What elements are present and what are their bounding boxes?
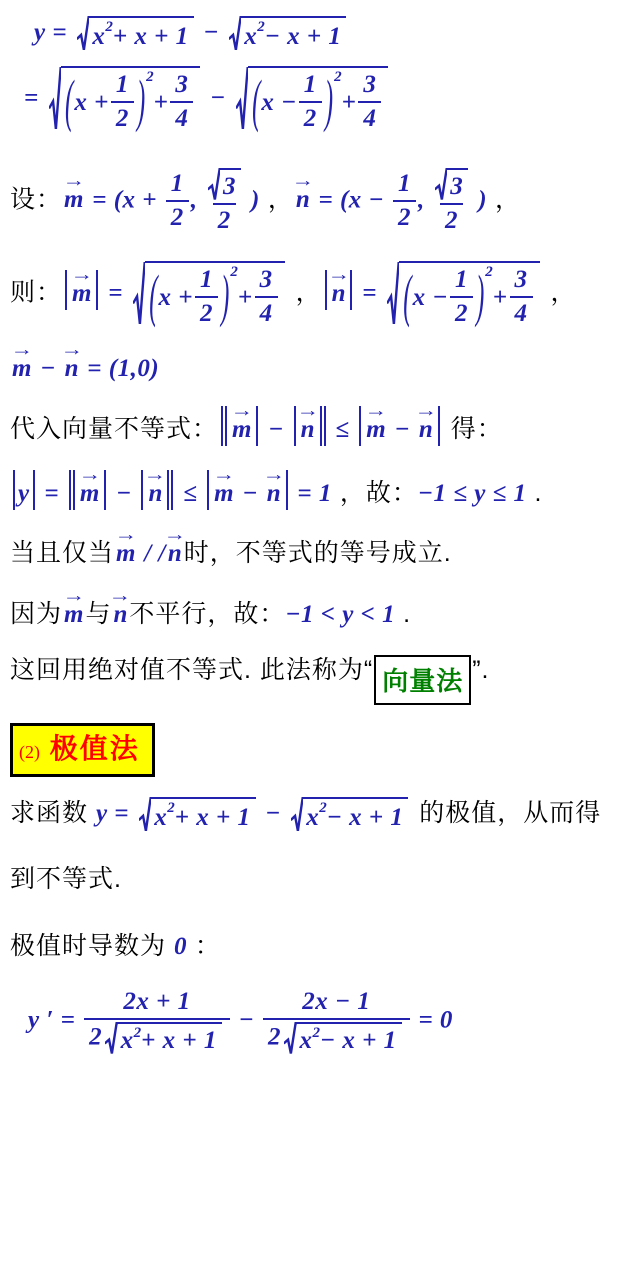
- math-text: x: [154, 802, 167, 833]
- math-text: −: [33, 355, 62, 382]
- math-text: ,: [191, 186, 198, 213]
- math-text: 3: [515, 266, 528, 293]
- square-root: x2 − x + 1: [229, 16, 347, 52]
- math-text: y ′ =: [28, 1006, 82, 1033]
- vector: →n: [301, 412, 315, 445]
- vector-letter: m: [116, 540, 135, 567]
- radicand: x2 − x + 1: [303, 797, 408, 833]
- vector: →n: [419, 412, 433, 445]
- radicand: x2 + x + 1: [151, 797, 255, 833]
- math-text: ≤: [176, 480, 204, 507]
- numerator: 3: [427, 168, 477, 203]
- superscript: 2: [319, 801, 327, 816]
- cjk-text: 当且仅当: [10, 539, 114, 567]
- math-text: −: [261, 416, 290, 443]
- math-text: y: [18, 480, 30, 507]
- paren-group: (x + 12): [148, 266, 230, 329]
- math-text: =: [38, 480, 66, 507]
- numerator: 1: [166, 170, 189, 200]
- math-text: = (1,0): [81, 355, 160, 382]
- left-paren: (: [402, 261, 412, 334]
- fraction: 12: [393, 170, 416, 233]
- radicand: x2 + x + 1: [118, 1022, 222, 1056]
- math-text: 2: [218, 207, 231, 234]
- cjk-text: 到不等式.: [10, 865, 122, 893]
- vector: →m: [12, 351, 31, 384]
- vector-arrow-icon: →: [415, 401, 438, 419]
- square-root: (x − 12)2 + 34: [236, 66, 389, 134]
- cjk-text: 因为: [10, 600, 62, 628]
- vector-letter: n: [296, 186, 310, 213]
- denominator: 2x2 − x + 1: [263, 1018, 410, 1056]
- abs-bar: [256, 406, 258, 446]
- math-text: 2: [304, 105, 317, 132]
- math-text: 3: [363, 71, 376, 98]
- cjk-text: ：: [187, 932, 221, 960]
- superscript: 2: [167, 801, 175, 816]
- right-paren: ): [136, 66, 146, 139]
- right-paren: ): [220, 261, 230, 334]
- math-text: ): [478, 186, 487, 213]
- radical-icon: [49, 66, 62, 134]
- vector-letter: n: [148, 480, 162, 507]
- fraction: 2x + 12x2 + x + 1: [84, 988, 230, 1056]
- line-to-inequality: 到不等式.: [10, 864, 636, 895]
- numerator: 3: [170, 71, 193, 101]
- abs-bar: [65, 270, 67, 310]
- superscript: 2: [105, 20, 113, 35]
- math-text: + x + 1: [113, 21, 189, 52]
- fraction: 12: [450, 266, 473, 329]
- fraction: 32: [427, 168, 477, 236]
- math-text: 4: [515, 300, 528, 327]
- math-text: y =: [96, 800, 136, 827]
- math-text: 2: [268, 1023, 281, 1050]
- radicand: (x + 12)2 + 34: [145, 261, 284, 329]
- math-text: 0: [174, 933, 187, 960]
- vector: →m: [214, 476, 233, 509]
- math-text: 4: [363, 105, 376, 132]
- left-paren: (: [64, 66, 74, 139]
- vector-arrow-icon: →: [114, 525, 137, 543]
- vector: →n: [332, 276, 346, 309]
- paren-group: (x − 12): [251, 71, 334, 134]
- cjk-text: 这回用绝对值不等式. 此法称为“: [10, 656, 373, 684]
- vector-arrow-icon: →: [213, 465, 236, 483]
- heading-text: 极值法: [40, 733, 140, 764]
- fraction: 12: [111, 71, 134, 134]
- paren-content: x − 12: [413, 266, 475, 329]
- radical-icon: [435, 168, 448, 202]
- math-text: x: [306, 802, 319, 833]
- numerator: 1: [111, 71, 134, 101]
- denominator: 2: [393, 200, 416, 233]
- math-text: −: [197, 19, 226, 46]
- cjk-text: 与: [85, 600, 111, 628]
- line-define-vectors: 设：→m = (x + 12,32) ，→n = (x − 12,32) ，: [10, 168, 636, 236]
- heading-text: (2): [19, 742, 40, 762]
- right-paren: ): [324, 66, 334, 139]
- numerator: 2x − 1: [297, 988, 375, 1018]
- cjk-text: ，故：: [332, 479, 418, 507]
- vector-letter: m: [72, 280, 91, 307]
- denominator: 2: [440, 203, 463, 236]
- abs-bar: [286, 470, 288, 510]
- abs-bar: [294, 406, 296, 446]
- cjk-text: 得：: [443, 415, 503, 443]
- math-text: x: [92, 21, 105, 52]
- math-text: 2x − 1: [302, 988, 370, 1015]
- math-text: / /: [137, 540, 165, 567]
- denominator: 2x2 + x + 1: [84, 1018, 230, 1056]
- vector-letter: m: [214, 480, 233, 507]
- cjk-text: ，: [260, 185, 294, 213]
- abs-bar: [207, 470, 209, 510]
- math-text: 4: [175, 105, 188, 132]
- math-text: − x + 1: [265, 21, 342, 52]
- radical-icon: [229, 16, 242, 52]
- radical-icon: [105, 1022, 118, 1056]
- cjk-text: ”.: [472, 656, 489, 684]
- superscript: 2: [257, 20, 265, 35]
- cjk-text: 代入向量不等式：: [10, 415, 218, 443]
- vector-arrow-icon: →: [62, 171, 85, 189]
- math-text: =: [24, 85, 46, 112]
- math-text: 1: [171, 170, 184, 197]
- math-text: x: [300, 1027, 313, 1056]
- vector: →m: [232, 412, 251, 445]
- paren-content: x + 12: [74, 71, 136, 134]
- math-text: = (x +: [85, 186, 163, 213]
- boxed-method-term: 向量法: [374, 655, 471, 706]
- vector: →m: [366, 412, 385, 445]
- abs-bar: [33, 470, 35, 510]
- vector-letter: m: [64, 186, 83, 213]
- square-root: 3: [435, 168, 469, 202]
- cjk-text: 求函数: [10, 799, 96, 827]
- vector-arrow-icon: →: [70, 265, 93, 283]
- line-strict-inequality: 因为→m与→n不平行，故：−1 < y < 1 .: [10, 597, 636, 630]
- square-root: x2 + x + 1: [139, 797, 256, 833]
- square-root: (x + 12)2 + 34: [49, 66, 201, 134]
- math-text: 2: [116, 105, 129, 132]
- abs-bar: [438, 406, 440, 446]
- denominator: 2: [195, 296, 218, 329]
- radicand: x2 − x + 1: [241, 16, 346, 52]
- vector-arrow-icon: →: [292, 171, 315, 189]
- math-text: y =: [34, 19, 74, 46]
- vector-letter: n: [332, 280, 346, 307]
- vector-arrow-icon: →: [365, 401, 388, 419]
- fraction: 34: [170, 71, 193, 134]
- radicand: (x + 12)2 + 34: [61, 66, 200, 134]
- abs-bar: [13, 470, 15, 510]
- denominator: 2: [111, 101, 134, 134]
- math-text: ≤: [329, 416, 357, 443]
- line-method-name: 这回用绝对值不等式. 此法称为“向量法”.: [10, 655, 636, 706]
- radical-icon: [291, 797, 304, 833]
- formula-derivative: y ′ = 2x + 12x2 + x + 1 − 2x − 12x2 − x …: [28, 988, 636, 1056]
- math-text: =: [355, 280, 383, 307]
- math-text: 2: [89, 1023, 102, 1050]
- math-text: − x + 1: [327, 802, 404, 833]
- vector-letter: m: [232, 416, 251, 443]
- superscript: 2: [146, 70, 154, 85]
- fraction: 12: [195, 266, 218, 329]
- vector: →m: [116, 536, 135, 569]
- line-equality-condition: 当且仅当→m / /→n时，不等式的等号成立.: [10, 536, 636, 569]
- cjk-text: ，: [543, 279, 577, 307]
- math-text: + x + 1: [141, 1027, 217, 1056]
- math-text: 3: [223, 173, 236, 202]
- cjk-text: .: [527, 479, 543, 507]
- line-derivative-zero: 极值时导数为 0 ：: [10, 931, 636, 962]
- cjk-text: 则：: [10, 279, 62, 307]
- formula-y-sqrt-definition: y = x2 + x + 1 − x2 − x + 1: [34, 16, 636, 52]
- formula-vector-difference: →m − →n = (1,0): [10, 351, 636, 384]
- math-text: −: [388, 416, 417, 443]
- abs-bar: [325, 270, 327, 310]
- vector-letter: n: [301, 416, 315, 443]
- radical-icon: [236, 66, 249, 134]
- math-text: 4: [260, 300, 273, 327]
- vector: →n: [296, 182, 310, 215]
- vector: →n: [267, 476, 281, 509]
- vector: →n: [65, 351, 79, 384]
- paren-content: x − 12: [261, 71, 323, 134]
- fraction: 2x − 12x2 − x + 1: [263, 988, 410, 1056]
- square-root: (x + 12)2 + 34: [133, 261, 285, 329]
- vector: →m: [72, 276, 91, 309]
- superscript: 2: [334, 70, 342, 85]
- vector-arrow-icon: →: [144, 465, 167, 483]
- vector-letter: n: [267, 480, 281, 507]
- cjk-text: .: [395, 600, 411, 628]
- radical-icon: [139, 797, 152, 833]
- math-text: 3: [450, 173, 463, 202]
- math-text: 3: [175, 71, 188, 98]
- math-text: −: [236, 480, 265, 507]
- math-text: +: [238, 282, 253, 313]
- math-text: −: [109, 480, 138, 507]
- radical-icon: [208, 168, 221, 202]
- square-root: x2 − x + 1: [291, 797, 409, 833]
- vector-letter: m: [64, 601, 83, 628]
- math-text: = (x −: [312, 186, 391, 213]
- vector-letter: n: [113, 601, 127, 628]
- vector: →n: [168, 536, 182, 569]
- cjk-text: 设：: [10, 185, 62, 213]
- denominator: 4: [255, 296, 278, 329]
- math-text: −1 < y < 1: [285, 601, 395, 628]
- superscript: 2: [485, 265, 493, 280]
- radical-icon: [77, 16, 90, 52]
- math-text: 1: [116, 71, 129, 98]
- math-text: +: [493, 282, 508, 313]
- paren-group: (x + 12): [64, 71, 146, 134]
- abs-bar: [359, 406, 361, 446]
- math-text: 1: [455, 266, 468, 293]
- denominator: 2: [166, 200, 189, 233]
- abs-bar: [350, 270, 352, 310]
- radical-icon: [133, 261, 146, 329]
- vector-arrow-icon: →: [78, 465, 101, 483]
- math-text: = 0: [412, 1006, 453, 1033]
- vector-arrow-icon: →: [109, 586, 132, 604]
- norm-double-bar: [320, 406, 326, 446]
- fraction: 34: [358, 71, 381, 134]
- line-substitute-vector-inequality: 代入向量不等式：→m − →n ≤ →m − →n 得：: [10, 406, 636, 446]
- formula-completing-square: = (x + 12)2 + 34 − (x − 12)2 + 34: [24, 66, 636, 134]
- vector-letter: m: [366, 416, 385, 443]
- math-text: 2: [398, 204, 411, 231]
- math-text: −1 ≤ y ≤ 1: [418, 480, 527, 507]
- math-text: 1: [304, 71, 317, 98]
- norm-double-bar: [69, 470, 75, 510]
- square-root: 3: [208, 168, 242, 202]
- vector-arrow-icon: →: [230, 401, 253, 419]
- vector-arrow-icon: →: [10, 340, 33, 358]
- vector-letter: n: [65, 355, 79, 382]
- radicand: x2 − x + 1: [297, 1022, 402, 1056]
- math-text: −: [203, 85, 232, 112]
- cjk-text: 时，不等式的等号成立.: [184, 539, 452, 567]
- norm-double-bar: [221, 406, 227, 446]
- radicand: 3: [220, 168, 241, 202]
- square-root: x2 − x + 1: [284, 1022, 402, 1056]
- math-text: +: [154, 87, 169, 118]
- denominator: 4: [510, 296, 533, 329]
- vector-arrow-icon: →: [62, 586, 85, 604]
- math-text: −: [232, 1006, 261, 1033]
- heading-extremum-method: (2) 极值法: [10, 723, 636, 777]
- vector-arrow-icon: →: [296, 401, 319, 419]
- fraction: 34: [510, 266, 533, 329]
- vector-arrow-icon: →: [60, 340, 83, 358]
- paren-group: (x − 12): [402, 266, 485, 329]
- math-text: − x + 1: [320, 1027, 397, 1056]
- cjk-text: 的极值，从而得: [411, 799, 601, 827]
- numerator: 1: [393, 170, 416, 200]
- numerator: 3: [358, 71, 381, 101]
- superscript: 2: [134, 1026, 142, 1041]
- math-text: x: [244, 21, 257, 52]
- denominator: 4: [170, 101, 193, 134]
- math-text: 2: [455, 300, 468, 327]
- vector-arrow-icon: →: [262, 465, 285, 483]
- vector: →m: [64, 182, 83, 215]
- math-text: x −: [413, 282, 448, 313]
- math-text: 3: [260, 266, 273, 293]
- line-find-extremum: 求函数 y = x2 + x + 1 − x2 − x + 1 的极值，从而得: [10, 797, 636, 833]
- superscript: 2: [230, 265, 238, 280]
- cjk-text: 不平行，故：: [129, 600, 285, 628]
- denominator: 2: [213, 203, 236, 236]
- numerator: 3: [255, 266, 278, 296]
- math-text: 2: [171, 204, 184, 231]
- vector: →m: [64, 597, 83, 630]
- math-text: 2: [445, 207, 458, 234]
- cjk-text: 极值时导数为: [10, 932, 174, 960]
- line-vector-magnitudes: 则：→m = (x + 12)2 + 34 ，→n = (x − 12)2 + …: [10, 261, 636, 329]
- denominator: 2: [450, 296, 473, 329]
- vector-arrow-icon: →: [164, 525, 187, 543]
- math-text: x: [121, 1027, 134, 1056]
- vector-arrow-icon: →: [327, 265, 350, 283]
- norm-double-bar: [167, 470, 173, 510]
- line-absolute-value-bound: y = →m − →n ≤ →m − →n = 1 ，故：−1 ≤ y ≤ 1 …: [10, 470, 636, 510]
- math-text: 1: [398, 170, 411, 197]
- fraction: 12: [166, 170, 189, 233]
- cjk-text: ，: [487, 185, 521, 213]
- vector: →m: [80, 476, 99, 509]
- vector-letter: n: [419, 416, 433, 443]
- vector: →n: [113, 597, 127, 630]
- radicand: (x − 12)2 + 34: [248, 66, 388, 134]
- radicand: x2 + x + 1: [89, 16, 193, 52]
- math-text: = 1: [291, 480, 332, 507]
- numerator: 1: [299, 71, 322, 101]
- math-text: x −: [261, 87, 296, 118]
- denominator: 4: [358, 101, 381, 134]
- math-text: x +: [159, 282, 194, 313]
- numerator: 3: [510, 266, 533, 296]
- math-text: −: [259, 800, 288, 827]
- math-text: =: [101, 280, 129, 307]
- denominator: 2: [299, 101, 322, 134]
- vector-letter: n: [168, 540, 182, 567]
- right-paren: ): [475, 261, 485, 334]
- abs-bar: [96, 270, 98, 310]
- left-paren: (: [251, 66, 261, 139]
- math-text: 2: [200, 300, 213, 327]
- paren-content: x + 12: [159, 266, 221, 329]
- radical-icon: [284, 1022, 297, 1056]
- math-text: 2x + 1: [123, 988, 190, 1015]
- left-paren: (: [148, 261, 158, 334]
- vector: →n: [148, 476, 162, 509]
- radicand: 3: [447, 168, 468, 202]
- radical-icon: [387, 261, 400, 329]
- math-text: ,: [418, 186, 425, 213]
- square-root: (x − 12)2 + 34: [387, 261, 540, 329]
- radicand: (x − 12)2 + 34: [399, 261, 539, 329]
- fraction: 34: [255, 266, 278, 329]
- numerator: 1: [195, 266, 218, 296]
- document-body: y = x2 + x + 1 − x2 − x + 1= (x + 12)2 +…: [0, 0, 640, 1056]
- square-root: x2 + x + 1: [77, 16, 194, 52]
- highlight-heading-box: (2) 极值法: [10, 723, 155, 777]
- abs-bar: [104, 470, 106, 510]
- math-text: + x + 1: [175, 802, 251, 833]
- vector-letter: m: [80, 480, 99, 507]
- math-text: 1: [200, 266, 213, 293]
- math-text: ): [251, 186, 260, 213]
- math-text: x +: [74, 87, 109, 118]
- math-text: +: [342, 87, 357, 118]
- fraction: 12: [299, 71, 322, 134]
- fraction: 32: [200, 168, 250, 236]
- superscript: 2: [313, 1026, 321, 1041]
- square-root: x2 + x + 1: [105, 1022, 222, 1056]
- vector-letter: m: [12, 355, 31, 382]
- numerator: 1: [450, 266, 473, 296]
- cjk-text: ，: [288, 279, 322, 307]
- numerator: 2x + 1: [118, 988, 195, 1018]
- numerator: 3: [200, 168, 250, 203]
